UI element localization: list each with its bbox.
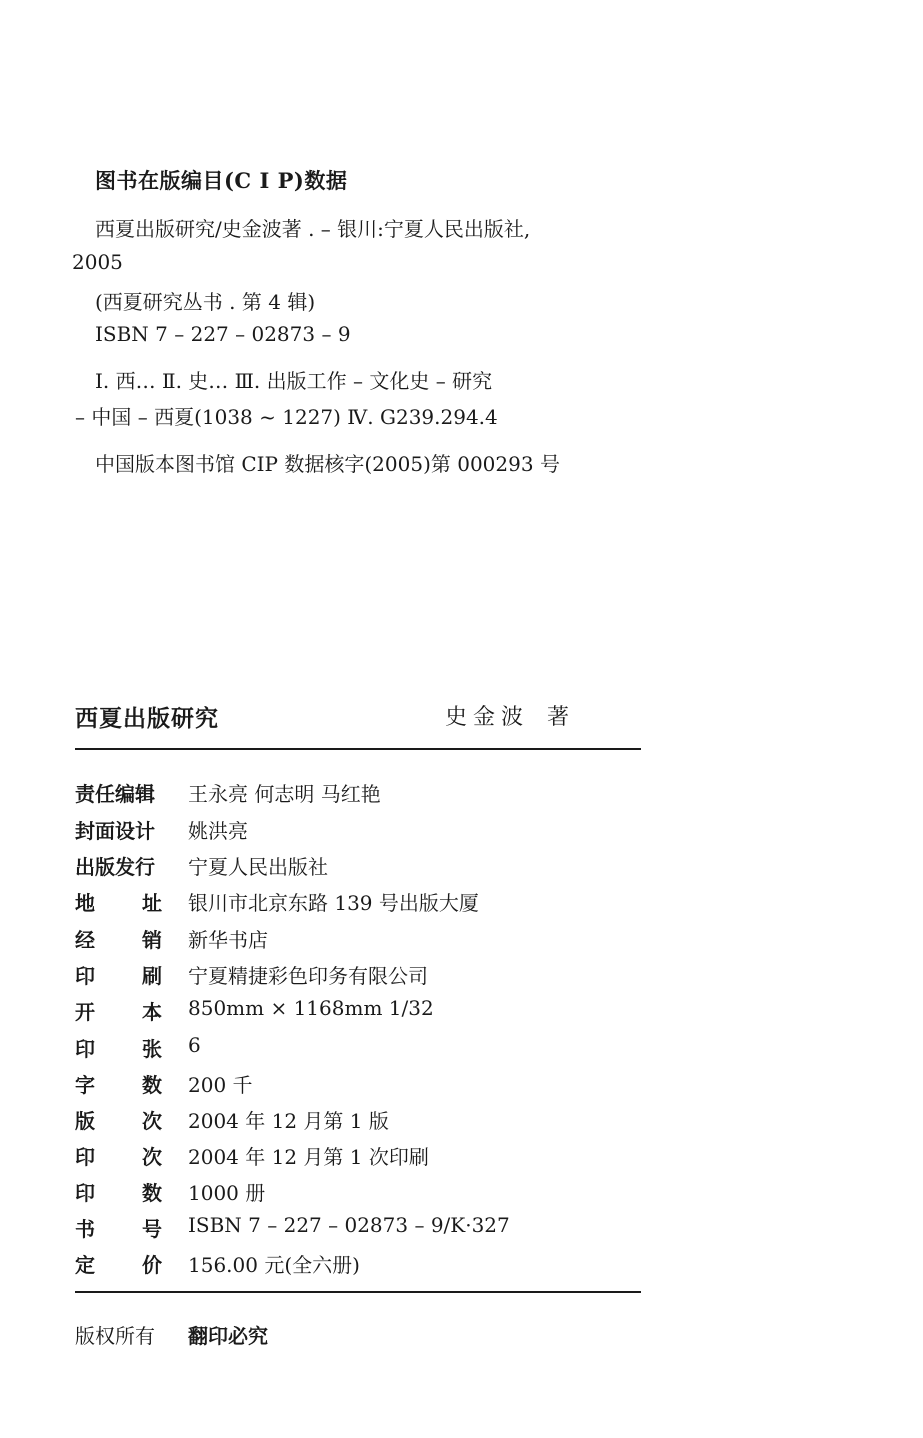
credit-label-a: 经 xyxy=(75,924,95,953)
credit-value: ISBN 7 – 227 – 02873 – 9/K·327 xyxy=(188,1213,510,1237)
credit-label-a: 印 xyxy=(75,1033,95,1062)
credit-label-a: 地 xyxy=(75,887,95,916)
author-name: 史金波 xyxy=(445,705,529,730)
divider-bottom xyxy=(75,1291,641,1293)
cip-heading: 图书在版编目(C I P)数据 xyxy=(95,165,347,195)
credit-value: 200 千 xyxy=(188,1069,253,1098)
reproduction-warning: 翻印必究 xyxy=(188,1320,268,1349)
credit-label-b: 本 xyxy=(142,996,162,1025)
credit-value: 6 xyxy=(188,1033,201,1057)
credit-label-a: 印 xyxy=(75,1141,95,1170)
credit-label-b: 销 xyxy=(142,924,162,953)
credit-value: 宁夏人民出版社 xyxy=(188,851,328,880)
copyright-notice: 版权所有 xyxy=(75,1320,155,1349)
book-author: 史金波著 xyxy=(445,700,575,731)
divider-top xyxy=(75,748,641,750)
credit-label-b: 数 xyxy=(142,1069,162,1098)
credit-label-a: 印 xyxy=(75,1177,95,1206)
credit-label-a: 开 xyxy=(75,996,95,1025)
credit-label-b: 次 xyxy=(142,1105,162,1134)
author-mark: 著 xyxy=(547,705,575,730)
credit-label-b: 刷 xyxy=(142,960,162,989)
credit-value: 新华书店 xyxy=(188,924,268,953)
credit-value: 王永亮 何志明 马红艳 xyxy=(188,778,381,807)
credit-value: 银川市北京东路 139 号出版大厦 xyxy=(188,887,479,916)
book-title: 西夏出版研究 xyxy=(75,700,219,733)
credit-label-a: 字 xyxy=(75,1069,95,1098)
cip-line-classification: – 中国 – 西夏(1038 ~ 1227) Ⅳ. G239.294.4 xyxy=(75,401,498,430)
credit-value: 姚洪亮 xyxy=(188,815,248,844)
credit-value: 宁夏精捷彩色印务有限公司 xyxy=(188,960,428,989)
cip-line-year: 2005 xyxy=(72,250,123,274)
credit-label-a: 书 xyxy=(75,1213,95,1242)
credit-label-a: 版 xyxy=(75,1105,95,1134)
credit-label-b: 次 xyxy=(142,1141,162,1170)
credit-value: 850mm × 1168mm 1/32 xyxy=(188,996,434,1020)
cip-line-subjects: Ⅰ. 西… Ⅱ. 史… Ⅲ. 出版工作 – 文化史 – 研究 xyxy=(95,365,492,394)
credit-label-b: 价 xyxy=(142,1249,162,1278)
credit-label-b: 张 xyxy=(142,1033,162,1062)
credit-label-b: 号 xyxy=(142,1213,162,1242)
cip-line-series: (西夏研究丛书 . 第 4 辑) xyxy=(95,286,315,315)
cip-line-isbn: ISBN 7 – 227 – 02873 – 9 xyxy=(95,322,351,346)
credit-label-a: 定 xyxy=(75,1249,95,1278)
credit-value: 156.00 元(全六册) xyxy=(188,1249,360,1278)
credit-label: 封面设计 xyxy=(75,815,170,844)
credit-value: 2004 年 12 月第 1 版 xyxy=(188,1105,389,1134)
credit-value: 2004 年 12 月第 1 次印刷 xyxy=(188,1141,429,1170)
cip-line-record: 中国版本图书馆 CIP 数据核字(2005)第 000293 号 xyxy=(95,448,560,477)
credit-label-b: 址 xyxy=(142,887,162,916)
credit-label-b: 数 xyxy=(142,1177,162,1206)
credit-label: 责任编辑 xyxy=(75,778,170,807)
credit-label-a: 印 xyxy=(75,960,95,989)
cip-line-title: 西夏出版研究/史金波著 . – 银川:宁夏人民出版社, xyxy=(95,213,530,242)
credit-label: 出版发行 xyxy=(75,851,170,880)
credit-value: 1000 册 xyxy=(188,1177,265,1206)
